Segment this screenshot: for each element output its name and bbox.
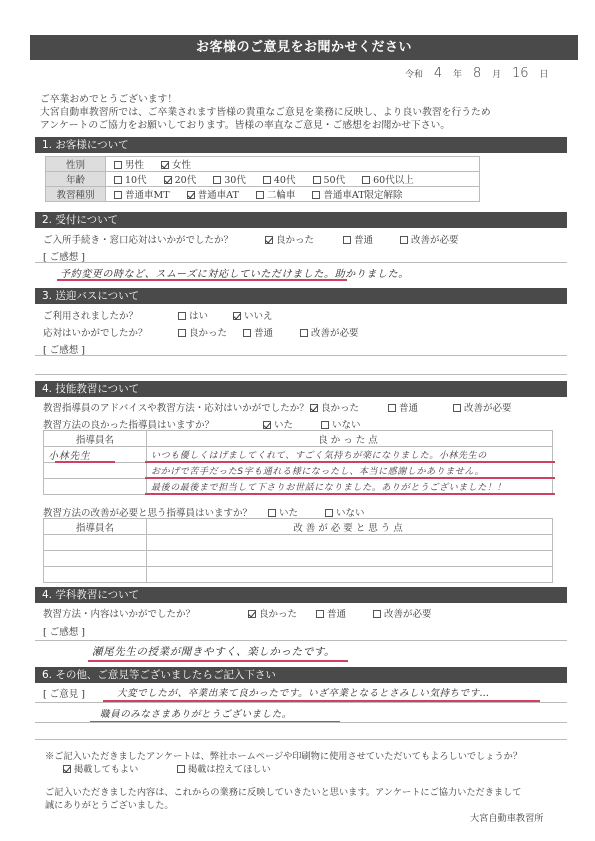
reception-good-option[interactable]: 良かった (265, 232, 314, 246)
highlight-underline (145, 493, 555, 495)
improve-instructor-table: 指導員名 改善が必要と思う点 (43, 518, 553, 583)
reception-improve-option[interactable]: 改善が必要 (400, 232, 459, 246)
date-day-unit: 日 (539, 70, 548, 80)
section-driving-lesson-header: 4. 技能教習について (35, 381, 567, 397)
advice-normal-option[interactable]: 普通 (388, 400, 418, 414)
checkbox[interactable] (321, 421, 329, 429)
bus-usage-row: ご利用されましたか？ はい いいえ (43, 308, 563, 320)
improve-instructor-no-option[interactable]: いない (325, 505, 365, 519)
age-10s-option[interactable]: 10代 (114, 172, 147, 186)
date-era: 令和 (405, 70, 423, 80)
checkbox[interactable] (316, 610, 324, 618)
improve-points-cell[interactable] (147, 535, 553, 551)
bus-good-option[interactable]: 良かった (178, 325, 227, 339)
checkbox[interactable] (256, 191, 264, 199)
customer-info-table: 性別 男性 女性 年齢 10代 20代 30代 40代 50代 60代以上 教習… (45, 156, 480, 202)
checkbox[interactable] (263, 176, 271, 184)
checkbox[interactable] (313, 176, 321, 184)
checkbox[interactable] (453, 404, 461, 412)
bus-comment-label: [ ご感想 ] (43, 342, 85, 356)
good-instructor-row: 教習方法の良かった指導員はいますか？ いた いない (43, 417, 563, 429)
checkbox[interactable] (178, 312, 186, 320)
gender-label: 性別 (46, 157, 106, 172)
checkbox[interactable] (312, 191, 320, 199)
instructor-name-header: 指導員名 (44, 431, 147, 447)
divider (35, 374, 567, 375)
date-year-unit: 年 (453, 70, 462, 80)
intro-line: 大宮自動車教習所では、ご卒業されます皆様の貴重なご意見を業務に反映し、より良い教… (40, 106, 491, 119)
divider (35, 739, 567, 740)
bus-service-question: 応対はいかがでしたか？ (43, 325, 148, 339)
improve-points-header: 改善が必要と思う点 (147, 519, 553, 535)
intro-text: ご卒業おめでとうございます！ 大宮自動車教習所では、ご卒業されます皆様の貴重なご… (40, 93, 491, 132)
bus-normal-option[interactable]: 普通 (243, 325, 273, 339)
checkbox[interactable] (373, 610, 381, 618)
reception-question-row: ご入所手続き・窓口応対はいかがでしたか？ 良かった 普通 改善が必要 (43, 232, 563, 244)
classroom-good-option[interactable]: 良かった (248, 606, 297, 620)
improve-points-cell[interactable] (147, 567, 553, 583)
bus-no-option[interactable]: いいえ (233, 308, 273, 322)
good-instructor-no-option[interactable]: いない (321, 417, 361, 431)
date-day[interactable]: 16 (512, 66, 529, 81)
highlight-underline (55, 461, 115, 463)
checkbox-checked[interactable] (310, 404, 318, 412)
consent-question: ※ご記入いただきましたアンケートは、弊社ホームページや印刷物に使用させていただい… (45, 750, 522, 763)
highlight-underline (145, 477, 555, 479)
bus-improve-option[interactable]: 改善が必要 (300, 325, 359, 339)
date-month-unit: 月 (492, 70, 501, 80)
classroom-comment[interactable]: 瀬尾先生の授業が聞きやすく、楽しかったです。 (92, 644, 335, 659)
classroom-improve-option[interactable]: 改善が必要 (373, 606, 432, 620)
thanks-line: 誠にありがとうございました。 (45, 799, 174, 812)
improve-points-cell[interactable] (147, 551, 553, 567)
instructor-name-header: 指導員名 (44, 519, 147, 535)
course-at-removal-option[interactable]: 普通車AT限定解除 (312, 187, 402, 201)
improve-instructor-question: 教習方法の改善が必要と思う指導員はいますか？ (43, 505, 252, 519)
course-mt-option[interactable]: 普通車MT (114, 187, 170, 201)
highlight-underline (88, 660, 348, 662)
checkbox-checked[interactable] (63, 765, 71, 773)
checkbox[interactable] (114, 176, 122, 184)
highlight-underline (145, 461, 555, 463)
checkbox-checked[interactable] (263, 421, 271, 429)
age-20s-option[interactable]: 20代 (164, 172, 197, 186)
instructor-name-cell[interactable] (44, 479, 147, 495)
checkbox[interactable] (343, 236, 351, 244)
good-points-header: 良かった点 (147, 431, 553, 447)
section-customer-header: 1. お客様について (35, 137, 567, 153)
age-50s-option[interactable]: 50代 (313, 172, 346, 186)
age-label: 年齢 (46, 172, 106, 187)
date-month[interactable]: 8 (473, 66, 481, 81)
age-60s-plus-option[interactable]: 60代以上 (362, 172, 414, 186)
divider (35, 262, 567, 263)
bus-yes-option[interactable]: はい (178, 308, 208, 322)
bus-usage-question: ご利用されましたか？ (43, 308, 138, 322)
instructor-advice-row: 教習指導員のアドバイスや教習方法・応対はいかがでしたか？ 良かった 普通 改善が… (43, 400, 563, 412)
reception-normal-option[interactable]: 普通 (343, 232, 373, 246)
intro-line: アンケートのご協力をお願いしております。皆様の率直なご意見・ご感想をお聞かせ下さ… (40, 119, 491, 132)
instructor-name-cell[interactable] (44, 535, 147, 551)
advice-improve-option[interactable]: 改善が必要 (453, 400, 512, 414)
section-shuttle-bus-header: 3. 送迎バスについて (35, 288, 567, 304)
date-year[interactable]: 4 (434, 66, 442, 81)
section-reception-header: 2. 受付について (35, 212, 567, 228)
checkbox[interactable] (213, 176, 221, 184)
table-header-row: 指導員名 良かった点 (44, 431, 553, 447)
improve-instructor-yes-option[interactable]: いた (268, 505, 298, 519)
table-row (44, 535, 553, 551)
section-other-comments-header: 6. その他、ご意見等ございましたらご記入下さい (35, 667, 567, 683)
table-header-row: 指導員名 改善が必要と思う点 (44, 519, 553, 535)
divider (35, 640, 567, 641)
gender-male-option[interactable]: 男性 (114, 157, 144, 171)
good-instructor-question: 教習方法の良かった指導員はいますか？ (43, 417, 214, 431)
checkbox[interactable] (300, 329, 308, 337)
course-at-option[interactable]: 普通車AT (187, 187, 239, 201)
divider (35, 722, 567, 723)
section-classroom-lesson-header: 4. 学科教習について (35, 587, 567, 603)
age-40s-option[interactable]: 40代 (263, 172, 296, 186)
instructor-name-cell[interactable] (44, 551, 147, 567)
checkbox[interactable] (243, 329, 251, 337)
age-30s-option[interactable]: 30代 (213, 172, 246, 186)
consent-publish-option[interactable]: 掲載してもよい (63, 763, 138, 776)
school-signature: 大宮自動車教習所 (470, 812, 544, 825)
highlight-underline (57, 279, 347, 281)
thanks-line: ご記入いただきました内容は、これからの業務に反映していきたいと思います。アンケー… (45, 786, 521, 799)
classroom-normal-option[interactable]: 普通 (316, 606, 346, 620)
gender-female-option[interactable]: 女性 (161, 157, 191, 171)
checkbox-checked[interactable] (187, 191, 195, 199)
other-comment-label: [ ご意見 ] (43, 686, 85, 700)
course-type-row: 教習種別 普通車MT 普通車AT 二輪車 普通車AT限定解除 (46, 187, 480, 202)
checkbox[interactable] (114, 161, 122, 169)
checkbox[interactable] (325, 509, 333, 517)
classroom-comment-label: [ ご感想 ] (43, 624, 85, 638)
other-comment-line[interactable]: 職員のみなさまありがとうございました。 (100, 706, 292, 720)
course-type-label: 教習種別 (46, 187, 106, 202)
table-row (44, 567, 553, 583)
checkbox[interactable] (268, 509, 276, 517)
advice-good-option[interactable]: 良かった (310, 400, 359, 414)
divider (35, 702, 567, 703)
page-title: お客様のご意見をお聞かせください (30, 35, 578, 60)
consent-decline-option[interactable]: 掲載は控えてほしい (177, 763, 271, 776)
checkbox[interactable] (177, 765, 185, 773)
instructor-advice-question: 教習指導員のアドバイスや教習方法・応対はいかがでしたか？ (43, 400, 309, 414)
checkbox[interactable] (400, 236, 408, 244)
classroom-question: 教習方法・内容はいかがでしたか？ (43, 606, 195, 620)
improve-instructor-row: 教習方法の改善が必要と思う指導員はいますか？ いた いない (43, 505, 563, 517)
intro-line: ご卒業おめでとうございます！ (40, 93, 491, 106)
table-row (44, 551, 553, 567)
reception-comment-label: [ ご感想 ] (43, 249, 85, 263)
checkbox[interactable] (178, 329, 186, 337)
checkbox-checked[interactable] (164, 176, 172, 184)
checkbox-checked[interactable] (248, 610, 256, 618)
checkbox[interactable] (362, 176, 370, 184)
other-comment-line[interactable]: 大変でしたが、卒業出来て良かったです。いざ卒業となるとさみしい気持ちです… (117, 685, 490, 699)
bus-service-row: 応対はいかがでしたか？ 良かった 普通 改善が必要 (43, 325, 563, 337)
checkbox[interactable] (388, 404, 396, 412)
classroom-question-row: 教習方法・内容はいかがでしたか？ 良かった 普通 改善が必要 (43, 606, 563, 618)
age-row: 年齢 10代 20代 30代 40代 50代 60代以上 (46, 172, 480, 187)
checkbox[interactable] (114, 191, 122, 199)
survey-date: 令和 4 年 8 月 16 日 (405, 66, 548, 81)
course-motorcycle-option[interactable]: 二輪車 (256, 187, 296, 201)
divider (35, 355, 567, 356)
instructor-name-cell[interactable] (44, 567, 147, 583)
good-instructor-yes-option[interactable]: いた (263, 417, 293, 431)
gender-row: 性別 男性 女性 (46, 157, 480, 172)
checkbox-checked[interactable] (265, 236, 273, 244)
instructor-name-cell[interactable] (44, 463, 147, 479)
reception-question: ご入所手続き・窓口応対はいかがでしたか？ (43, 232, 233, 246)
checkbox-checked[interactable] (233, 312, 241, 320)
reception-comment[interactable]: 予約変更の時など、スムーズに対応していただけました。助かりました。 (60, 265, 409, 280)
checkbox-checked[interactable] (161, 161, 169, 169)
